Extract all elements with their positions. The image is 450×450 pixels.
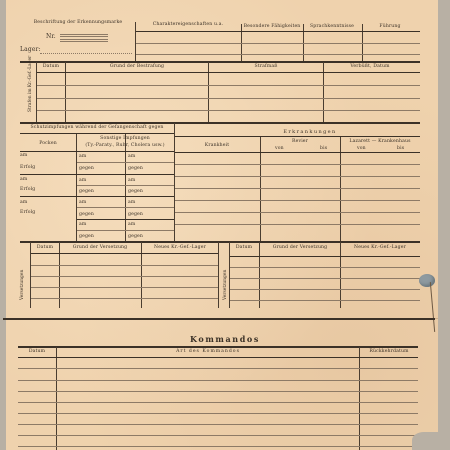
lager-field[interactable]	[40, 53, 132, 54]
rule	[77, 185, 174, 186]
rule	[20, 61, 420, 63]
col-other-vaccines-sub: (Ty.-Paraty., Ruhr, Cholera usw.)	[85, 143, 164, 148]
rule	[18, 357, 418, 358]
kommando-col-type: Art des Kommandos	[176, 349, 240, 354]
rule	[136, 54, 420, 55]
divider	[323, 62, 324, 122]
col-languages: Sprachkenntnisse	[310, 24, 354, 29]
col-reason: Grund der Bestrafung	[110, 64, 164, 69]
vacc-cell: am	[79, 222, 86, 227]
transfer-col-date: Datum	[37, 245, 53, 250]
vacc-cell: gegen	[79, 212, 94, 217]
col-other-vaccines: Sonstige Impfungen	[100, 136, 150, 141]
hospital-to: bis	[397, 146, 404, 151]
col-date: Datum	[43, 64, 59, 69]
rule	[175, 188, 420, 189]
vacc-cell: am	[128, 178, 135, 183]
vacc-cell: am	[79, 178, 86, 183]
rule	[230, 256, 420, 257]
rule	[18, 346, 418, 348]
divider	[340, 242, 341, 308]
vacc-cell: gegen	[128, 234, 143, 239]
rule	[18, 424, 418, 425]
col-hospital: Lazarett — Krankenhaus	[349, 139, 410, 144]
col-abilities: Besondere Fähigkeiten	[244, 24, 301, 29]
transfer-col-reason-2: Grund der Versetzung	[273, 245, 328, 250]
rule	[18, 446, 418, 447]
rule	[31, 253, 218, 254]
divider	[36, 62, 37, 122]
vacc-cell: am	[128, 200, 135, 205]
divider	[229, 242, 230, 308]
rule	[136, 31, 420, 32]
col-penalty: Strafmaß	[255, 64, 278, 69]
hospital-from: von	[357, 146, 366, 151]
vacc-cell: am	[79, 200, 86, 205]
rule	[18, 435, 418, 436]
rule	[175, 224, 420, 225]
rule	[77, 219, 174, 220]
nr-field[interactable]	[60, 34, 108, 43]
rule	[20, 241, 420, 243]
transfers-side-label-left: Versetzungen	[20, 270, 25, 300]
rule	[20, 196, 174, 197]
vaccinations-title: Schutzimpfungen während der Gefangenscha…	[30, 125, 163, 130]
rule	[31, 287, 218, 288]
rule	[230, 267, 420, 268]
rule	[175, 200, 420, 201]
nr-label: Nr.	[46, 33, 56, 40]
rule	[136, 43, 420, 44]
vacc-cell: am	[20, 200, 27, 205]
vacc-cell: am	[79, 154, 86, 159]
rule	[31, 276, 218, 277]
vacc-cell: gegen	[79, 189, 94, 194]
kommandos-title: Kommandos	[190, 334, 260, 344]
rule	[230, 289, 420, 290]
divider	[135, 22, 136, 62]
rule	[230, 278, 420, 279]
divider	[259, 242, 260, 308]
rule	[20, 133, 174, 134]
col-conduct: Führung	[379, 24, 400, 29]
revier-from: von	[275, 146, 284, 151]
vacc-cell: gegen	[79, 234, 94, 239]
vacc-cell: am	[20, 153, 27, 158]
torn-corner	[412, 432, 450, 450]
rule	[77, 207, 174, 208]
vacc-cell: am	[128, 154, 135, 159]
transfer-col-date-2: Datum	[236, 245, 252, 250]
rule	[37, 98, 420, 99]
rule	[230, 300, 420, 301]
rule	[20, 151, 174, 152]
rule	[175, 136, 420, 137]
rule	[175, 212, 420, 213]
rule	[20, 174, 174, 175]
vacc-cell: gegen	[128, 189, 143, 194]
rule	[77, 230, 174, 231]
rule	[18, 413, 418, 414]
vacc-cell: gegen	[128, 212, 143, 217]
col-smallpox: Pocken	[39, 141, 57, 146]
rule	[20, 122, 420, 124]
revier-to: bis	[320, 146, 327, 151]
vacc-cell: am	[20, 177, 27, 182]
kommando-col-date: Datum	[29, 349, 45, 354]
transfer-col-reason: Grund der Versetzung	[73, 245, 128, 250]
rule	[31, 298, 218, 299]
rule	[175, 176, 420, 177]
transfers-side-label-right: Versetzungen	[223, 270, 228, 300]
col-character: Charaktereigenschaften u.a.	[153, 22, 223, 27]
rule	[175, 164, 420, 165]
identification-label: Beschriftung der Erkennungsmarke	[34, 20, 123, 25]
vacc-cell: Erfolg	[20, 210, 35, 215]
col-revier: Revier	[292, 139, 308, 144]
punishments-side-label: Strafen im Kr.-Gef.-Lager	[28, 56, 33, 112]
vacc-cell: Erfolg	[20, 187, 35, 192]
section-divider	[3, 318, 435, 320]
rule	[18, 380, 418, 381]
vacc-cell: gegen	[128, 166, 143, 171]
kommando-col-return: Rückkehrdatum	[369, 349, 408, 354]
rule	[77, 162, 174, 163]
rule	[18, 368, 418, 369]
rule	[175, 152, 420, 153]
rule	[18, 402, 418, 403]
rule	[37, 85, 420, 86]
transfer-col-camp-2: Neues Kr.-Gef.-Lager	[354, 245, 406, 250]
rule	[31, 265, 218, 266]
vacc-cell: gegen	[79, 166, 94, 171]
punch-hole	[419, 274, 435, 287]
rule	[18, 391, 418, 392]
vacc-cell: am	[128, 222, 135, 227]
transfer-col-camp: Neues Kr.-Gef.-Lager	[154, 245, 206, 250]
rule	[37, 110, 420, 111]
rule	[37, 72, 420, 73]
divider	[65, 62, 66, 122]
col-served: Verbüßt, Datum	[350, 64, 389, 69]
divider	[218, 242, 219, 308]
divider	[208, 62, 209, 122]
vacc-cell: Erfolg	[20, 165, 35, 170]
col-illness: Krankheit	[205, 143, 229, 148]
illnesses-title: Erkrankungen	[283, 129, 336, 135]
lager-label: Lager:	[20, 46, 41, 53]
